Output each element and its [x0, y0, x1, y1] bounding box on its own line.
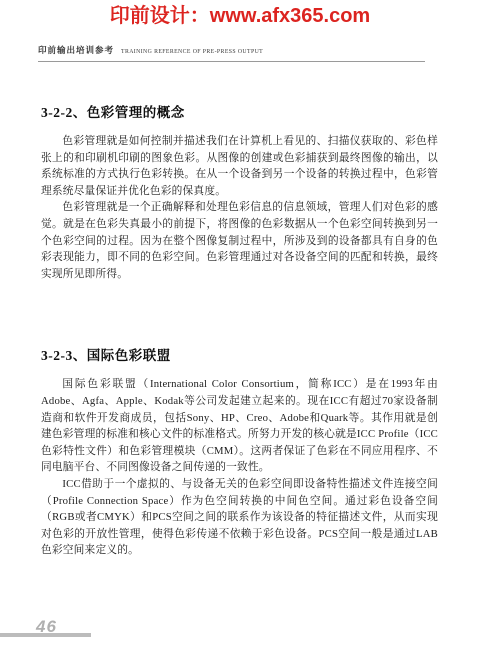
body-paragraph: ICC借助于一个虚拟的、与设备无关的色彩空间即设备特性描述文件连接空间（Prof… [41, 476, 438, 559]
page-footer: 46 [0, 615, 160, 651]
banner-prefix: 印前设计： [110, 5, 210, 27]
header-title-english: TRAINING REFERENCE OF PRE-PRESS OUTPUT [121, 49, 263, 55]
body-paragraph: 色彩管理就是一个正确解释和处理色彩信息的信息领域，管理人们对色彩的感觉。就是在色… [41, 199, 438, 282]
body-paragraph: 色彩管理就是如何控制并描述我们在计算机上看见的、扫描仪获取的、彩色样张上的和印刷… [41, 133, 438, 199]
document-body: 3-2-2、色彩管理的概念 色彩管理就是如何控制并描述我们在计算机上看见的、扫描… [41, 104, 438, 559]
banner-url: www.afx365.com [210, 5, 370, 27]
section-heading-2: 3-2-3、国际色彩联盟 [41, 347, 438, 365]
section-heading-1: 3-2-2、色彩管理的概念 [41, 104, 438, 122]
page-header: 印前输出培训参考TRAINING REFERENCE OF PRE-PRESS … [38, 40, 425, 62]
site-banner: 印前设计：www.afx365.com [0, 0, 480, 28]
header-title-chinese: 印前输出培训参考 [38, 45, 114, 55]
body-paragraph: 国际色彩联盟（International Color Consortium，简称… [41, 376, 438, 476]
page-number: 46 [36, 615, 57, 639]
document-page: { "banner": { "text_cn": "印前设计：", "text_… [0, 0, 480, 651]
